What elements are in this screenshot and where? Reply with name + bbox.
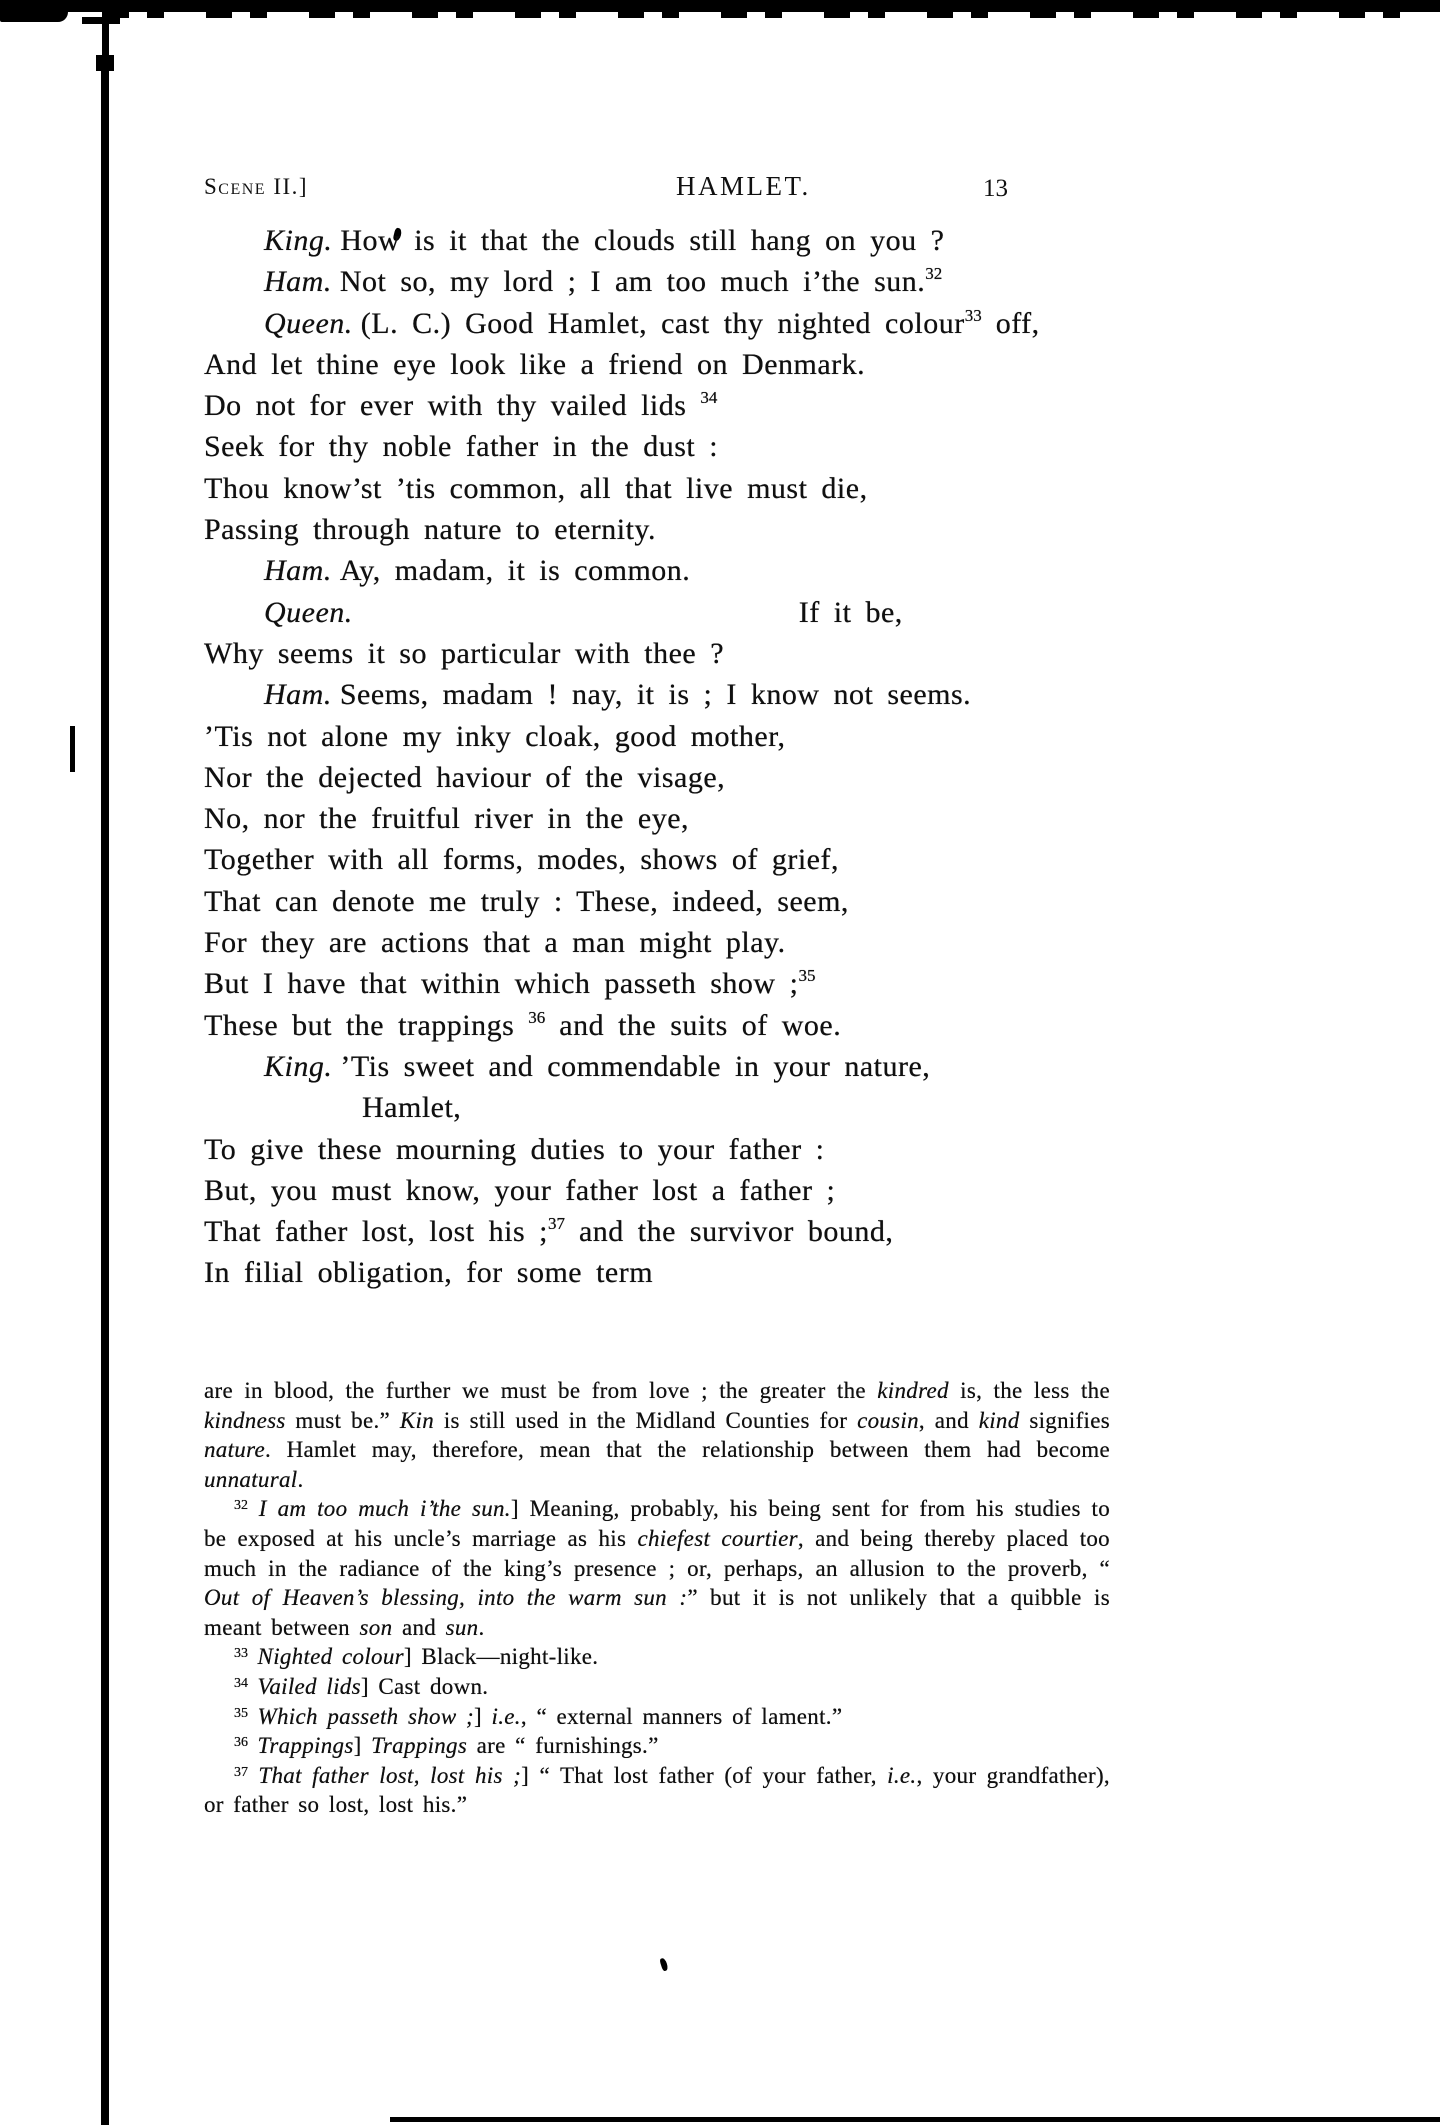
verse-line: Ham.Not so, my lord ; I am too much i’th… (204, 261, 1124, 302)
verse-line: That father lost, lost his ;37 and the s… (204, 1211, 1124, 1252)
text-segment: Do not for ever with thy vailed lids (204, 389, 700, 422)
footnote-ref: 36 (528, 1008, 545, 1027)
book-page: Scene II.] HAMLET. 13 King.How is it tha… (0, 0, 1440, 2125)
verse-line: Hamlet, (204, 1087, 1124, 1128)
speaker-name: Queen. (264, 307, 353, 340)
text-segment: , “ external manners of lament.” (521, 1704, 843, 1729)
footnote-ref: 35 (798, 966, 815, 985)
verse-line: Together with all forms, modes, shows of… (204, 839, 1124, 880)
text-segment: ’Tis sweet and commendable in your natur… (340, 1050, 930, 1083)
italic-text: kind (979, 1408, 1020, 1433)
footnote-ref: 33 (234, 1646, 248, 1661)
italic-text: Trappings (248, 1733, 354, 1758)
speaker-name: Ham. (264, 265, 332, 298)
text-segment: off, (982, 307, 1040, 340)
text-segment: Ay, madam, it is common. (340, 554, 690, 587)
text-segment: are in blood, the further we must be fro… (204, 1378, 877, 1403)
verse-line: ’Tis not alone my inky cloak, good mothe… (204, 716, 1124, 757)
text-segment: How is it that the clouds still hang on … (340, 224, 944, 257)
speaker-name: Ham. (264, 678, 332, 711)
verse-line: Queen.(L. C.) Good Hamlet, cast thy nigh… (204, 303, 1124, 344)
text-segment: ] Cast down. (361, 1674, 489, 1699)
italic-text: i.e. (887, 1763, 916, 1788)
text-segment: Not so, my lord ; I am too much i’the su… (340, 265, 925, 298)
verse-line: But I have that within which passeth sho… (204, 963, 1124, 1004)
scan-artifact-bottom-rule (390, 2117, 1440, 2122)
verse-line: Do not for ever with thy vailed lids 34 (204, 385, 1124, 426)
footnote-para: 33 Nighted colour] Black—night-like. (204, 1642, 1110, 1672)
italic-text: nature (204, 1437, 265, 1462)
footnote-ref: 37 (234, 1765, 248, 1780)
italic-text: kindness (204, 1408, 286, 1433)
text-segment: And let thine eye look like a friend on … (204, 348, 865, 381)
text-segment: signifies (1020, 1408, 1110, 1433)
text-segment: Seek for thy noble father in the dust : (204, 430, 718, 463)
scan-artifact-binding-rule (101, 58, 109, 2125)
text-segment: For they are actions that a man might pl… (204, 926, 786, 959)
text-segment: must be.” (286, 1408, 400, 1433)
running-header-scene: Scene II.] (204, 174, 308, 200)
footnote-ref: 35 (234, 1706, 248, 1721)
text-segment: and the suits of woe. (545, 1009, 841, 1042)
italic-text: Which passeth show ; (248, 1704, 474, 1729)
footnote-para: 37 That father lost, lost his ;] “ That … (204, 1761, 1110, 1820)
text-segment: That father lost, lost his ; (204, 1215, 548, 1248)
italic-text: sun (446, 1615, 479, 1640)
text-segment: Why seems it so particular with thee ? (204, 637, 724, 670)
text-segment: . (297, 1467, 303, 1492)
footnote-block: are in blood, the further we must be fro… (204, 1376, 1110, 1820)
footnote-para: 34 Vailed lids] Cast down. (204, 1672, 1110, 1702)
verse-line: To give these mourning duties to your fa… (204, 1129, 1124, 1170)
verse-line: For they are actions that a man might pl… (204, 922, 1124, 963)
text-segment: Together with all forms, modes, shows of… (204, 843, 839, 876)
footnote-para: are in blood, the further we must be fro… (204, 1376, 1110, 1494)
italic-text: kindred (877, 1378, 949, 1403)
verse-line: Seek for thy noble father in the dust : (204, 426, 1124, 467)
verse-line: Why seems it so particular with thee ? (204, 633, 1124, 674)
text-segment: But, you must know, your father lost a f… (204, 1174, 835, 1207)
verse-line: Nor the dejected haviour of the visage, (204, 757, 1124, 798)
footnote-ref: 34 (700, 388, 717, 407)
text-segment: If it be, (799, 596, 903, 629)
text-segment: Passing through nature to eternity. (204, 513, 656, 546)
text-segment: In filial obligation, for some term (204, 1256, 653, 1289)
verse-line: No, nor the fruitful river in the eye, (204, 798, 1124, 839)
footnote-ref: 32 (925, 264, 942, 283)
verse-line: Ham.Seems, madam ! nay, it is ; I know n… (204, 674, 1124, 715)
text-segment: No, nor the fruitful river in the eye, (204, 802, 689, 835)
verse-line: Passing through nature to eternity. (204, 509, 1124, 550)
footnote-para: 36 Trappings] Trappings are “ furnishing… (204, 1731, 1110, 1761)
text-segment: , and (919, 1408, 979, 1433)
speaker-name: King. (264, 224, 332, 257)
text-segment: ] (354, 1733, 372, 1758)
italic-text: Vailed lids (248, 1674, 361, 1699)
page-number: 13 (983, 175, 1008, 203)
footnote-ref: 36 (234, 1735, 248, 1750)
text-segment: ] “ That lost father (of your father, (521, 1763, 887, 1788)
verse-line: And let thine eye look like a friend on … (204, 344, 1124, 385)
verse-line: King.’Tis sweet and commendable in your … (204, 1046, 1124, 1087)
italic-text: chiefest courtier (637, 1526, 797, 1551)
footnote-para: 35 Which passeth show ;] i.e., “ externa… (204, 1702, 1110, 1732)
verse-line: Queen.If it be, (204, 592, 1124, 633)
scan-artifact-corner-mark (102, 11, 109, 60)
speaker-name: Ham. (264, 554, 332, 587)
scan-artifact-corner-mark (82, 17, 120, 24)
text-segment: That can denote me truly : These, indeed… (204, 885, 849, 918)
italic-text: i.e. (492, 1704, 521, 1729)
scan-artifact-speck (659, 1957, 669, 1971)
text-segment: and the survivor bound, (565, 1215, 893, 1248)
text-segment: (L. C.) Good Hamlet, cast thy nighted co… (361, 307, 965, 340)
footnote-para: 32 I am too much i’the sun.] Meaning, pr… (204, 1494, 1110, 1642)
text-segment: Seems, madam ! nay, it is ; I know not s… (340, 678, 971, 711)
text-segment: To give these mourning duties to your fa… (204, 1133, 824, 1166)
speaker-name: Queen. (264, 596, 353, 629)
verse-line: But, you must know, your father lost a f… (204, 1170, 1124, 1211)
text-segment: ’Tis not alone my inky cloak, good mothe… (204, 720, 785, 753)
text-segment: . Hamlet may, therefore, mean that the r… (265, 1437, 1110, 1462)
scan-artifact-top-border (0, 0, 1440, 12)
italic-text: I am too much i’the sun. (248, 1496, 511, 1521)
play-text-block: King.How is it that the clouds still han… (204, 220, 1124, 1294)
italic-text: That father lost, lost his ; (248, 1763, 521, 1788)
italic-text: unnatural (204, 1467, 297, 1492)
verse-line: Thou know’st ’tis common, all that live … (204, 468, 1124, 509)
speaker-name: King. (264, 1050, 332, 1083)
text-segment: and (392, 1615, 445, 1640)
text-segment: is, the less the (949, 1378, 1110, 1403)
text-segment: are “ furnishings.” (467, 1733, 659, 1758)
running-header-title: HAMLET. (676, 171, 811, 202)
italic-text: Kin (400, 1408, 434, 1433)
text-segment: Nor the dejected haviour of the visage, (204, 761, 725, 794)
footnote-ref: 33 (965, 306, 982, 325)
scan-artifact-margin-tick (70, 726, 75, 772)
italic-text: Nighted colour (248, 1644, 404, 1669)
verse-line: King.How is it that the clouds still han… (204, 220, 1124, 261)
verse-line: These but the trappings 36 and the suits… (204, 1005, 1124, 1046)
italic-text: son (360, 1615, 393, 1640)
italic-text: Trappings (371, 1733, 467, 1758)
footnote-ref: 37 (548, 1214, 565, 1233)
verse-line: That can denote me truly : These, indeed… (204, 881, 1124, 922)
text-segment: But I have that within which passeth sho… (204, 967, 798, 1000)
text-segment: These but the trappings (204, 1009, 528, 1042)
text-segment: is still used in the Midland Counties fo… (434, 1408, 857, 1433)
italic-text: cousin (857, 1408, 919, 1433)
verse-line: Ham.Ay, madam, it is common. (204, 550, 1124, 591)
footnote-ref: 34 (234, 1676, 248, 1691)
verse-line: In filial obligation, for some term (204, 1252, 1124, 1293)
text-segment: Hamlet, (362, 1091, 461, 1124)
text-segment: ] Black—night-like. (404, 1644, 598, 1669)
text-segment: ] (474, 1704, 492, 1729)
text-segment: Thou know’st ’tis common, all that live … (204, 472, 868, 505)
footnote-ref: 32 (234, 1498, 248, 1513)
italic-text: Out of Heaven’s blessing, into the warm … (204, 1585, 687, 1610)
text-segment: . (478, 1615, 484, 1640)
